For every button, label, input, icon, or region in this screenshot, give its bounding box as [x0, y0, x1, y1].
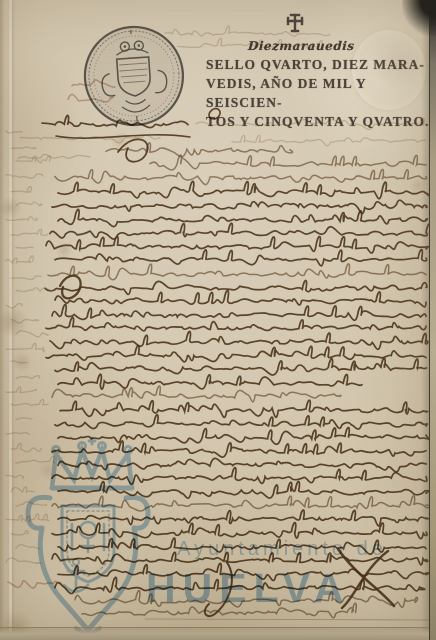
margin-bleedthrough-mark: [6, 304, 22, 308]
handwriting-line: [58, 209, 427, 226]
margin-bleedthrough-mark: [6, 558, 41, 563]
margin-bleedthrough-mark: [16, 247, 33, 248]
handwriting-line: [72, 80, 115, 87]
ink-flourish: [209, 109, 220, 119]
margin-bleedthrough-mark: [6, 343, 44, 351]
margin-bleedthrough-mark: [6, 174, 43, 178]
handwriting-line: [178, 38, 322, 49]
margin-bleedthrough-mark: [11, 319, 39, 323]
ink-flourish: [60, 276, 81, 299]
handwriting-line: [232, 135, 425, 146]
handwriting-line: [58, 482, 429, 499]
manuscript-scan: Diezmarauedis SELLO QVARTO, DIEZ MARA- V…: [0, 0, 436, 640]
ink-flourish: [56, 135, 190, 138]
handwriting-line: [46, 346, 426, 362]
margin-bleedthrough-mark: [11, 147, 36, 149]
margin-bleedthrough-mark: [11, 399, 48, 405]
ruled-line: [145, 619, 428, 620]
handwriting-line: [55, 290, 426, 306]
handwriting-line: [52, 468, 427, 485]
handwriting-line: [52, 523, 427, 539]
margin-bleedthrough-mark: [6, 217, 37, 221]
handwriting-line: [68, 95, 113, 102]
handwriting-line: [55, 577, 425, 593]
margin-bleedthrough-mark: [11, 487, 34, 492]
handwriting-ink-layer: [0, 0, 436, 640]
handwriting-line: [50, 223, 430, 239]
handwriting-line: [165, 26, 330, 36]
handwriting-line: [8, 581, 61, 588]
margin-bleedthrough-mark: [6, 514, 49, 522]
margin-bleedthrough-mark: [16, 502, 47, 507]
handwriting-line: [52, 441, 426, 457]
handwriting-line: [55, 358, 426, 375]
margin-bleedthrough-mark: [16, 331, 48, 337]
margin-bleedthrough-mark: [6, 475, 24, 478]
handwriting-line: [42, 115, 188, 127]
handwriting-line: [60, 400, 428, 417]
handwriting-line: [196, 118, 424, 129]
handwriting-line: [46, 237, 428, 254]
bottom-page-edge: [0, 627, 429, 640]
handwriting-line: [58, 181, 430, 198]
margin-bleedthrough-mark: [6, 256, 33, 264]
handwriting-line: [58, 374, 362, 389]
handwriting-line: [18, 154, 90, 158]
margin-bleedthrough-mark: [11, 229, 48, 235]
handwriting-line: [75, 591, 417, 608]
handwriting-line: [58, 458, 426, 472]
margin-bleedthrough-mark: [11, 531, 28, 535]
handwriting-line: [50, 331, 428, 349]
handwriting-line: [52, 200, 427, 214]
handwriting-line: [58, 538, 426, 554]
handwriting-line: [55, 415, 427, 429]
handwriting-line: [58, 428, 432, 445]
handwriting-line: [45, 281, 427, 295]
handwriting-line: [106, 143, 293, 157]
handwriting-line: [52, 496, 431, 511]
margin-bleedthrough-mark: [11, 443, 41, 451]
handwriting-line: [55, 169, 427, 184]
handwriting-line: [52, 305, 426, 321]
handwriting-line: [58, 510, 428, 526]
handwriting-line: [150, 155, 426, 170]
handwriting-line: [52, 386, 341, 402]
margin-bleedthrough-mark: [16, 456, 54, 463]
margin-bleedthrough-mark: [6, 387, 36, 393]
margin-bleedthrough-mark: [16, 202, 42, 206]
dark-corner-backdrop: [402, 0, 436, 36]
handwriting-line: [46, 317, 426, 331]
page-edge-shadow: [421, 0, 429, 640]
manuscript-page: Diezmarauedis SELLO QVARTO, DIEZ MARA- V…: [0, 0, 429, 640]
margin-bleedthrough-mark: [11, 186, 31, 192]
book-page-stack-edge: [429, 0, 436, 640]
margin-bleedthrough-mark: [16, 418, 32, 419]
margin-bleedthrough-mark: [16, 376, 40, 379]
margin-bleedthrough-mark: [16, 545, 39, 549]
margin-bleedthrough-mark: [11, 361, 27, 363]
margin-bleedthrough-mark: [6, 433, 29, 435]
handwriting-line: [48, 264, 426, 280]
margin-bleedthrough-mark: [6, 131, 22, 134]
margin-bleedthrough-mark: [11, 276, 41, 280]
